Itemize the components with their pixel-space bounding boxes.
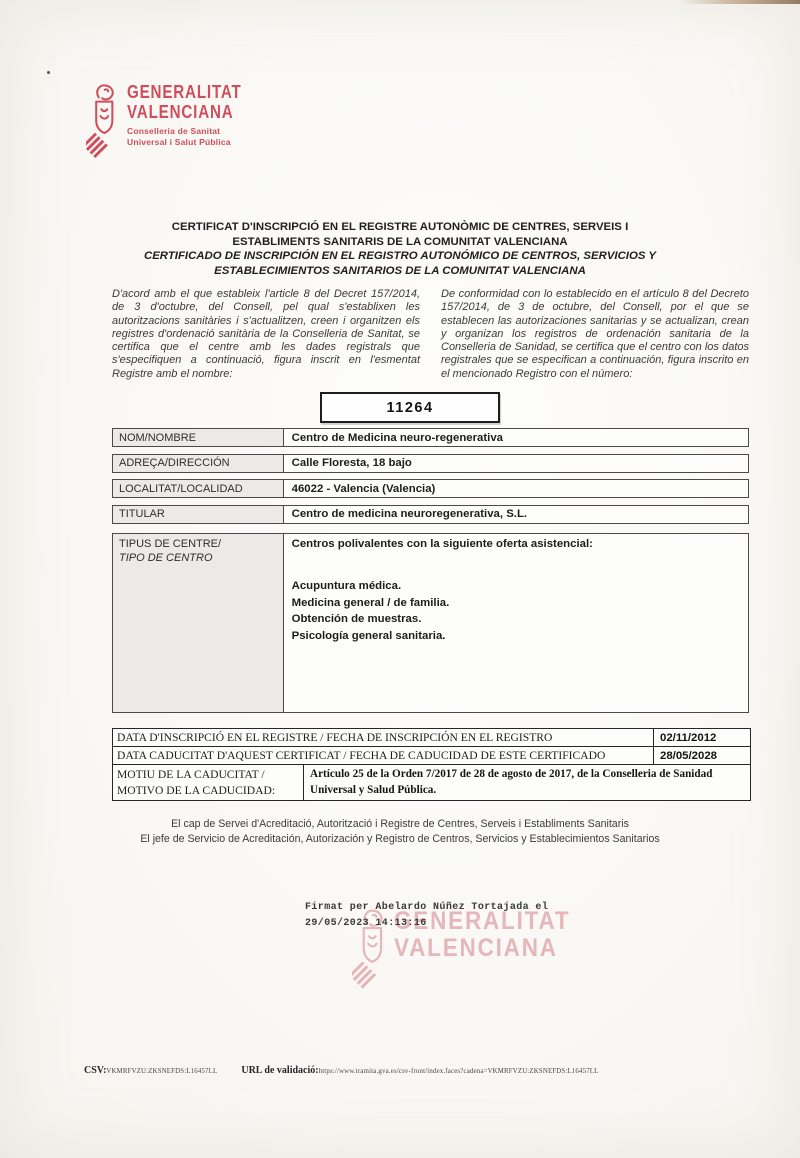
intro-paragraphs: D'acord amb el que estableix l'article 8… bbox=[112, 288, 749, 381]
center-type-label-valencian: TIPUS DE CENTRE/ bbox=[119, 537, 283, 551]
offer-item: Acupuntura médica. bbox=[292, 578, 740, 595]
org-department: Conselleria de Sanitat Universal i Salut… bbox=[127, 126, 267, 147]
expiry-date-label: DATA CADUCITAT D'AQUEST CERTIFICAT / FEC… bbox=[113, 747, 653, 764]
validity-table: DATA D'INSCRIPCIÓ EN EL REGISTRE / FECHA… bbox=[112, 728, 751, 801]
registry-row-label: NOM/NOMBRE bbox=[112, 428, 284, 447]
registry-row-value: Centro de medicina neuroregenerativa, S.… bbox=[283, 505, 749, 524]
validation-url-value: https://www.tramita.gva.es/csv-front/ind… bbox=[319, 1068, 599, 1075]
intro-valencian: D'acord amb el que estableix l'article 8… bbox=[112, 288, 420, 381]
center-type-label: TIPUS DE CENTRE/ TIPO DE CENTRO bbox=[112, 533, 284, 713]
registry-row-label: LOCALITAT/LOCALIDAD bbox=[112, 479, 284, 498]
gv-emblem-icon bbox=[86, 82, 120, 167]
center-type-row: TIPUS DE CENTRE/ TIPO DE CENTRO Centros … bbox=[112, 533, 749, 713]
csv-value: VKMRFVZU:ZKSNEFDS:L16457LL bbox=[106, 1068, 217, 1075]
registry-row-value: Centro de Medicina neuro-regenerativa bbox=[283, 428, 749, 447]
scan-speck-artifact bbox=[47, 71, 50, 74]
signatory-title-spanish: El jefe de Servicio de Acreditación, Aut… bbox=[0, 832, 800, 847]
center-type-value: Centros polivalentes con la siguiente of… bbox=[283, 533, 749, 713]
table-row: NOM/NOMBRE Centro de Medicina neuro-rege… bbox=[112, 428, 749, 447]
certificate-title: CERTIFICAT D'INSCRIPCIÓ EN EL REGISTRE A… bbox=[0, 220, 800, 278]
registry-row-label: TITULAR bbox=[112, 505, 284, 524]
expiry-date-value: 28/05/2028 bbox=[653, 747, 750, 764]
registration-number: 11264 bbox=[386, 400, 433, 416]
inscription-date-value: 02/11/2012 bbox=[653, 729, 750, 746]
expiry-reason-value: Artículo 25 de la Orden 7/2017 de 28 de … bbox=[303, 765, 750, 800]
org-name: GENERALITAT VALENCIANA bbox=[127, 82, 242, 121]
scan-edge-artifact bbox=[680, 0, 800, 4]
center-type-heading: Centros polivalentes con la siguiente of… bbox=[292, 538, 740, 550]
certificate-title-valencian: CERTIFICAT D'INSCRIPCIÓ EN EL REGISTRE A… bbox=[0, 220, 800, 249]
signature-stamp-text: Firmat per Abelardo Núñez Tortajada el 2… bbox=[305, 900, 548, 932]
registry-row-value: Calle Floresta, 18 bajo bbox=[283, 454, 749, 473]
registry-table: NOM/NOMBRE Centro de Medicina neuro-rege… bbox=[112, 428, 749, 530]
registry-row-label: ADREÇA/DIRECCIÓN bbox=[112, 454, 284, 473]
gv-logo: GENERALITAT VALENCIANA Conselleria de Sa… bbox=[86, 82, 267, 167]
registration-number-box: 11264 bbox=[320, 392, 500, 423]
offer-item: Obtención de muestras. bbox=[292, 611, 740, 628]
table-row: TITULAR Centro de medicina neuroregenera… bbox=[112, 505, 749, 524]
expiry-date-row: DATA CADUCITAT D'AQUEST CERTIFICAT / FEC… bbox=[113, 747, 750, 765]
table-row: ADREÇA/DIRECCIÓN Calle Floresta, 18 bajo bbox=[112, 454, 749, 473]
validation-url-label: URL de validació: bbox=[241, 1065, 318, 1076]
footer-validation-line: CSV: VKMRFVZU:ZKSNEFDS:L16457LL URL de v… bbox=[84, 1065, 599, 1076]
inscription-date-label: DATA D'INSCRIPCIÓ EN EL REGISTRE / FECHA… bbox=[113, 729, 653, 746]
center-type-label-spanish: TIPO DE CENTRO bbox=[119, 551, 283, 565]
offer-item: Medicina general / de familia. bbox=[292, 595, 740, 612]
signatory-title-valencian: El cap de Servei d'Acreditació, Autoritz… bbox=[0, 817, 800, 832]
intro-spanish: De conformidad con lo establecido en el … bbox=[441, 288, 749, 381]
registry-row-value: 46022 - Valencia (Valencia) bbox=[283, 479, 749, 498]
signatory-titles: El cap de Servei d'Acreditació, Autoritz… bbox=[0, 817, 800, 846]
csv-label: CSV: bbox=[84, 1065, 106, 1076]
offer-list: Acupuntura médica. Medicina general / de… bbox=[292, 578, 740, 644]
expiry-reason-row: MOTIU DE LA CADUCITAT / MOTIVO DE LA CAD… bbox=[113, 765, 750, 800]
offer-item: Psicología general sanitaria. bbox=[292, 628, 740, 645]
table-row: LOCALITAT/LOCALIDAD 46022 - Valencia (Va… bbox=[112, 479, 749, 498]
certificate-title-spanish: CERTIFICADO DE INSCRIPCIÓN EN EL REGISTR… bbox=[0, 249, 800, 278]
inscription-date-row: DATA D'INSCRIPCIÓ EN EL REGISTRE / FECHA… bbox=[113, 729, 750, 747]
expiry-reason-label: MOTIU DE LA CADUCITAT / MOTIVO DE LA CAD… bbox=[113, 765, 303, 800]
